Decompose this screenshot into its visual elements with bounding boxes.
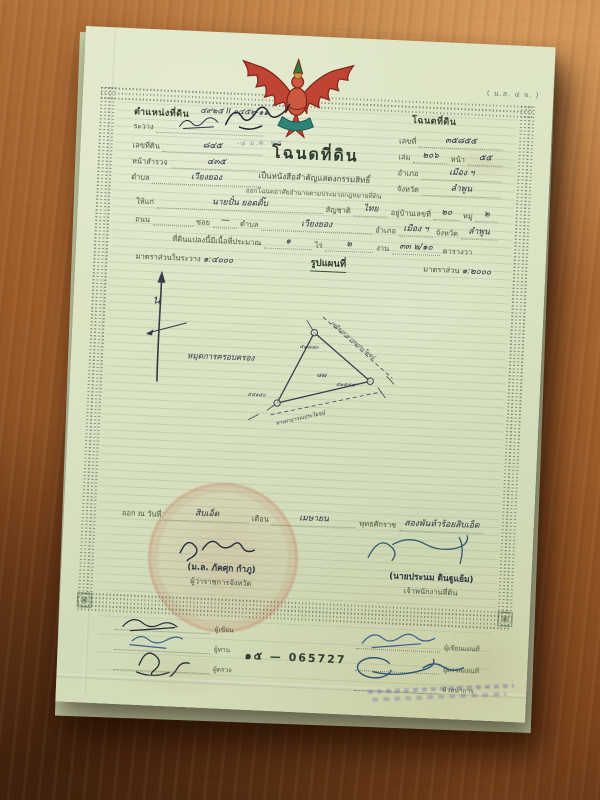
photo-vignette [0, 0, 600, 800]
photo-scene: { "form": { "code": "( น.ส. ๔ จ. )", "ti… [0, 0, 600, 800]
